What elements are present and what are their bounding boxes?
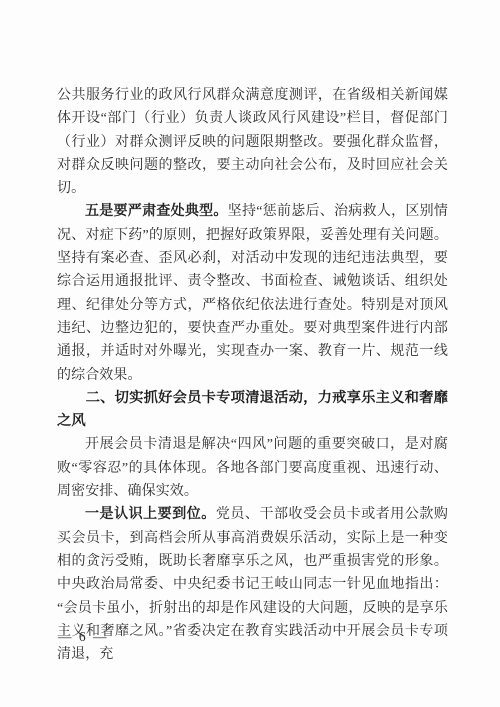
paragraph-text: 开展会员卡清退是解决“四风”问题的重要突破口，是对腐败“零容忍”的具体体现。各地… bbox=[57, 437, 448, 499]
paragraph-point-five: 五是要严肃查处典型。坚持“惩前毖后、治病救人，区别情况、对症下药”的原则，把握好… bbox=[57, 200, 448, 386]
section-heading-two: 二、切实抓好会员卡专项清退活动，力戒享乐主义和奢靡之风 bbox=[57, 387, 448, 434]
paragraph-lead-bold: 五是要严肃查处典型。 bbox=[85, 204, 228, 219]
paragraph-text: 坚持“惩前毖后、治病救人，区别情况、对症下药”的原则，把握好政策界限，妥善处理有… bbox=[57, 204, 448, 382]
paragraph-point-one: 一是认识上要到位。党员、干部收受会员卡或者用公款购买会员卡，到高档会所从事高消费… bbox=[57, 503, 448, 666]
paragraph-intro: 开展会员卡清退是解决“四风”问题的重要突破口，是对腐败“零容忍”的具体体现。各地… bbox=[57, 433, 448, 503]
paragraph-continuation: 公共服务行业的政风行风群众满意度测评，在省级相关新闻媒体开设“部门（行业）负责人… bbox=[57, 84, 448, 200]
paragraph-text: 党员、干部收受会员卡或者用公款购买会员卡，到高档会所从事高消费娱乐活动，实际上是… bbox=[57, 507, 448, 662]
document-page: 公共服务行业的政风行风群众满意度测评，在省级相关新闻媒体开设“部门（行业）负责人… bbox=[0, 0, 500, 707]
paragraph-lead-bold: 一是认识上要到位。 bbox=[85, 507, 216, 522]
document-body: 公共服务行业的政风行风群众满意度测评，在省级相关新闻媒体开设“部门（行业）负责人… bbox=[57, 84, 448, 666]
page-number: — 6 — bbox=[58, 629, 109, 645]
paragraph-text: 公共服务行业的政风行风群众满意度测评，在省级相关新闻媒体开设“部门（行业）负责人… bbox=[57, 88, 448, 196]
